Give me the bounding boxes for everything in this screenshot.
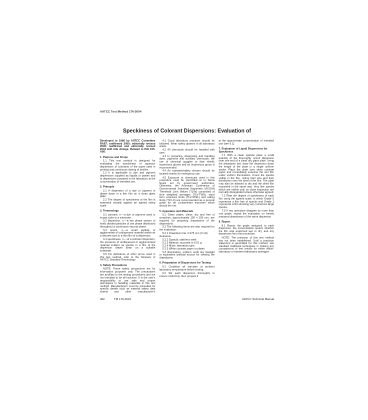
section-heading: 1. Purpose and Scope bbox=[100, 156, 155, 159]
paragraph: 2.2 The degree of speckiness of the film… bbox=[100, 199, 155, 208]
paragraph: 1.2 It is applicable to dye and pigment … bbox=[100, 172, 155, 183]
paragraph: 8.1 Report the grade assigned to each di… bbox=[219, 224, 274, 235]
paragraph: 5.3 Illumination, uniform north sky dayl… bbox=[159, 251, 214, 260]
paragraph: 7.3 If two operators disagree by more th… bbox=[219, 210, 274, 219]
footer-left: 302 TM 176-2004 bbox=[100, 297, 131, 300]
manual-name: AATCC Technical Manual bbox=[242, 297, 274, 300]
paragraph: 3.5 For definitions of other terms used … bbox=[100, 253, 155, 262]
paragraph: 3.4 speckiness, n.—of a colorant dispers… bbox=[100, 238, 155, 252]
section-heading: 7. Evaluation of Liquid Dispersions for … bbox=[219, 147, 274, 153]
text-columns: Developed in 1996 by AATCC Committee RA8… bbox=[100, 139, 274, 292]
paragraph: NOTE: The precision of this test method … bbox=[219, 236, 274, 253]
paragraph: at the approximate concentration of inte… bbox=[219, 139, 274, 145]
text-column-middle: 4.1 Good laboratory practices should be … bbox=[159, 139, 214, 292]
section-heading: 6. Preparation of Dispersions for Testin… bbox=[159, 262, 214, 265]
document-page: AATCC Test Method 176-2004 Speckiness of… bbox=[100, 110, 274, 310]
paragraph: 1.1 This test method is designed for eva… bbox=[100, 160, 155, 171]
paragraph: 3.3 speck, n.—a small particle or agglom… bbox=[100, 229, 155, 238]
paragraph: 4.1 Good laboratory practices should be … bbox=[159, 139, 214, 148]
section-heading: 3. Terminology bbox=[100, 209, 155, 212]
paragraph: 3.1 colorant, n.—a dye or pigment used t… bbox=[100, 213, 155, 219]
paragraph: NOTE: These safety precautions are for i… bbox=[100, 268, 155, 293]
paragraph: 3.2 dispersion, n.—a two phase system of… bbox=[100, 220, 155, 229]
method-designation: AATCC Test Method 176-2004 bbox=[100, 110, 274, 113]
paragraph: 6.1 Condition all samples at ambient lab… bbox=[159, 266, 214, 272]
document-title: Speckiness of Colorant Dispersions: Eval… bbox=[100, 128, 274, 134]
section-heading: 8. Report bbox=[219, 220, 274, 223]
paragraph: 4.2 All chemicals should be handled with… bbox=[159, 149, 214, 155]
page-content: AATCC Test Method 176-2004 Speckiness of… bbox=[100, 110, 274, 301]
section-heading: 4. Safety Precautions bbox=[100, 264, 155, 267]
paragraph: Developed in 1996 by AATCC Committee RA8… bbox=[100, 139, 155, 153]
text-column-left: Developed in 1996 by AATCC Committee RA8… bbox=[100, 139, 155, 292]
paragraph: 5.1 Glass plates, clean, dry and free of… bbox=[159, 214, 214, 225]
page-footer: 302 TM 176-2004 AATCC Technical Manual bbox=[100, 297, 274, 300]
page-number: 302 bbox=[100, 297, 105, 300]
paragraph: 2.1 A dispersion of a dye or pigment is … bbox=[100, 189, 155, 198]
paragraph: 7.2 Rate the degree of speckiness of eac… bbox=[219, 195, 274, 209]
paragraph: 5.2 The following items are also require… bbox=[159, 226, 214, 232]
scan-background: AATCC Test Method 176-2004 Speckiness of… bbox=[0, 0, 368, 420]
paragraph: 4.4 An eyewash/safety shower should be l… bbox=[159, 170, 214, 176]
paragraph: 4.5 Exposure to chemicals used in this p… bbox=[159, 176, 214, 207]
paragraph: 5.2.1 Drawdown bar, 0.076 mm (3 mil) cle… bbox=[159, 232, 214, 238]
paragraph: 6.2 Stir each dispersion thoroughly to e… bbox=[159, 272, 214, 278]
method-reference: TM 176-2004 bbox=[114, 297, 131, 300]
paragraph: 4.3 In preparing, dispensing and handlin… bbox=[159, 155, 214, 169]
paragraph: 7.1 With a clean spatula place a small q… bbox=[219, 154, 274, 194]
text-column-right: at the approximate concentration of inte… bbox=[219, 139, 274, 292]
section-heading: 5. Apparatus and Materials bbox=[159, 210, 214, 213]
section-heading: 2. Principle bbox=[100, 186, 155, 189]
